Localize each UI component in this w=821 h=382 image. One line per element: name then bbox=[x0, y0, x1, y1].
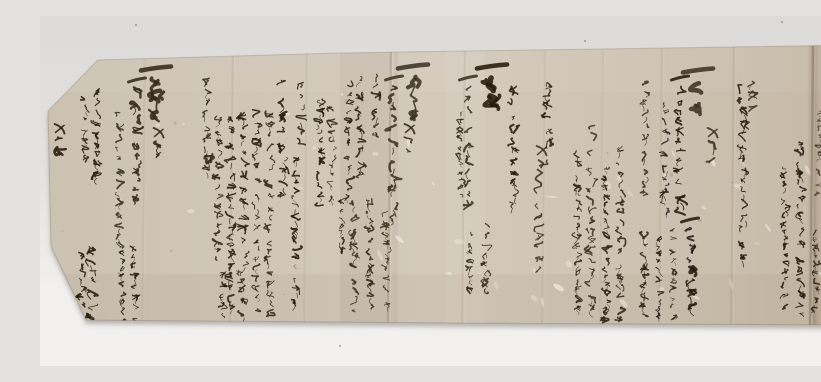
dust-speck bbox=[339, 345, 341, 347]
dust-speck bbox=[584, 40, 586, 42]
dust-speck bbox=[781, 21, 783, 23]
manuscript-photo: 古文書（月別人足書上・竪帳写真） — cursive Japanese manu… bbox=[40, 16, 821, 366]
dust-speck bbox=[135, 24, 137, 26]
manuscript-canvas: 一 八月分一日ゟ人べ〓 まのまゝ〓〓合〓きのやと 二六人しやく一日ゟり十卯〓〓き… bbox=[40, 16, 821, 366]
sheet-join-seam bbox=[807, 41, 819, 331]
